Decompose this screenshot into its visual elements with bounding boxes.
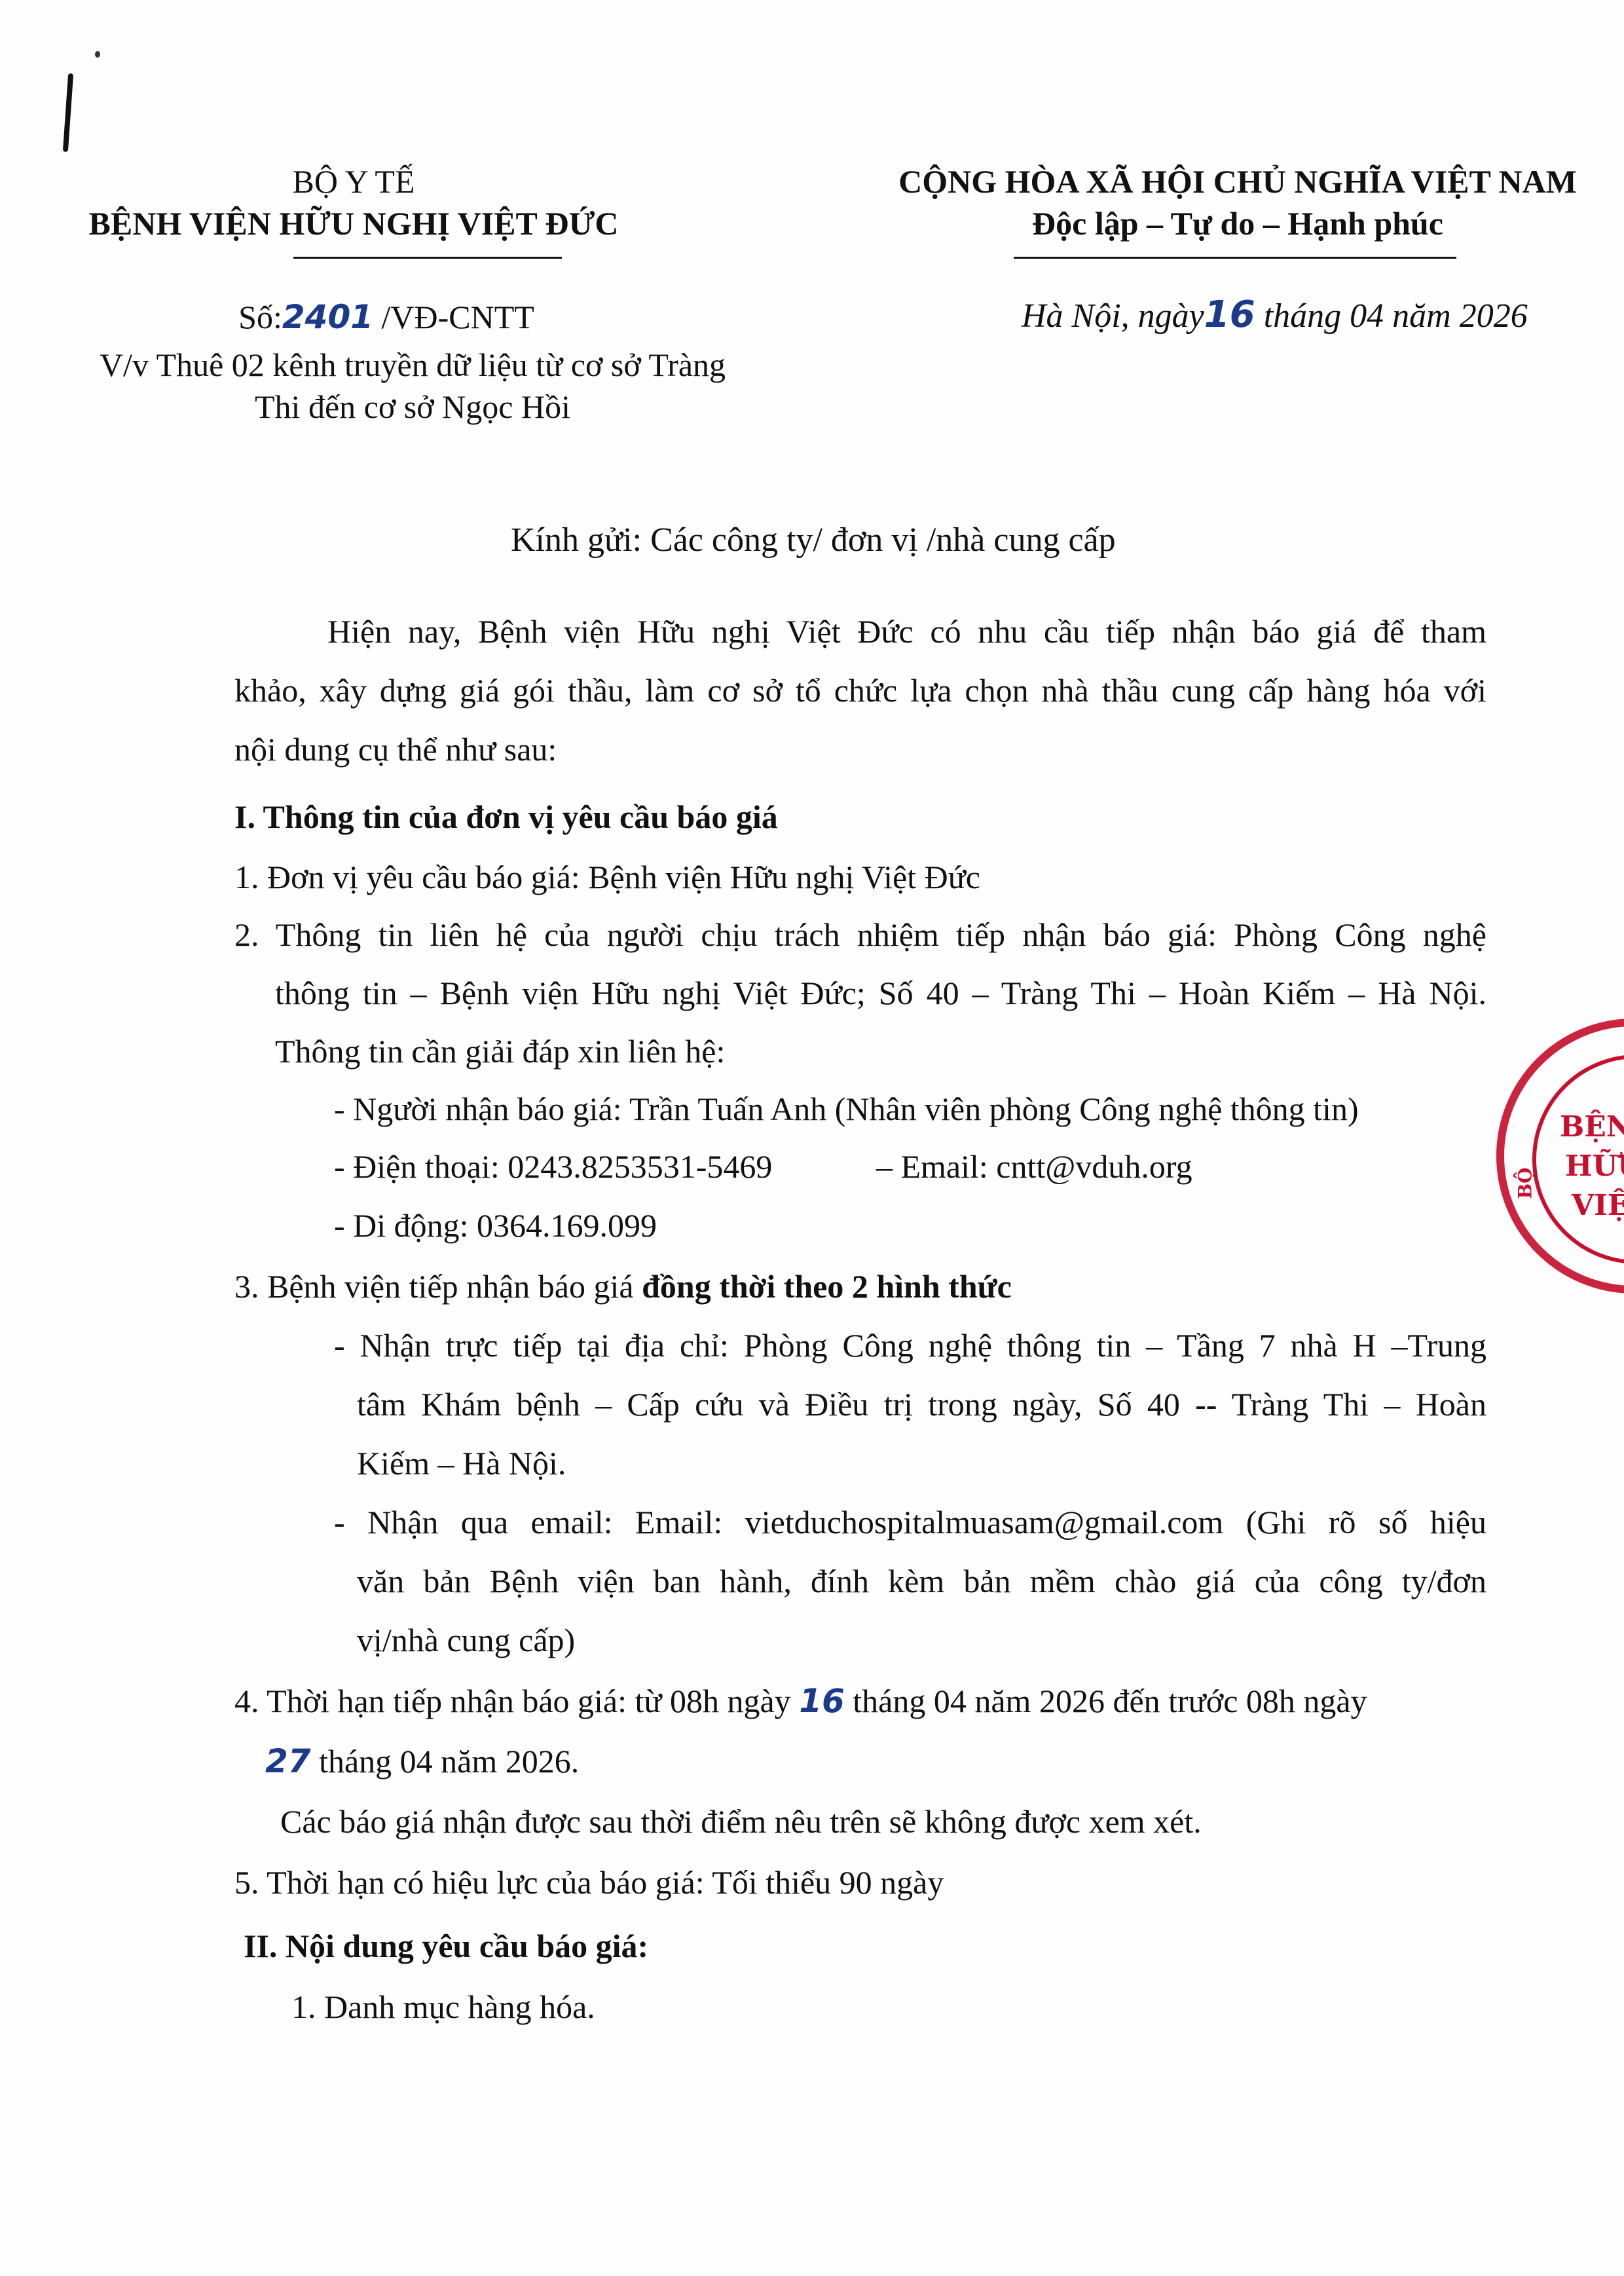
receive-direct-line-1: - Nhận trực tiếp tại địa chỉ: Phòng Công…	[334, 1326, 1486, 1364]
place-date-suffix: tháng 04 năm 2026	[1255, 297, 1528, 335]
recipient-line: Kính gửi: Các công ty/ đơn vị /nhà cung …	[511, 521, 1116, 559]
nation-title: CỘNG HÒA XÃ HỘI CHỦ NGHĨA VIỆT NAM	[851, 162, 1624, 200]
section-1-item-5: 5. Thời hạn có hiệu lực của báo giá: Tối…	[234, 1863, 944, 1901]
org-underline	[293, 257, 562, 259]
section-1-item-2-line-2: thông tin – Bệnh viện Hữu nghị Việt Đức;…	[275, 974, 1486, 1012]
section-1-item-3: 3. Bệnh viện tiếp nhận báo giá đồng thời…	[234, 1267, 1012, 1305]
handwritten-end-day: 27	[265, 1742, 311, 1780]
place-date: Hà Nội, ngày16 tháng 04 năm 2026	[1022, 293, 1528, 336]
section-1-item-1: 1. Đơn vị yêu cầu báo giá: Bệnh viện Hữu…	[234, 858, 980, 896]
intro-line-1: Hiện nay, Bệnh viện Hữu nghị Việt Đức có…	[327, 612, 1486, 650]
intro-line-2: khảo, xây dựng giá gói thầu, làm cơ sở t…	[234, 671, 1486, 709]
margin-pen-mark	[63, 73, 73, 152]
org-name: BỆNH VIỆN HỮU NGHỊ VIỆT ĐỨC	[0, 204, 707, 242]
item-4-line-1-b: tháng 04 năm 2026 đến trước 08h ngày	[845, 1683, 1367, 1719]
receive-email-line-1: - Nhận qua email: Email: vietduchospital…	[334, 1503, 1486, 1541]
motto-underline	[1014, 257, 1456, 259]
org-parent: BỘ Y TẾ	[0, 162, 707, 200]
place-date-prefix: Hà Nội, ngày	[1022, 297, 1204, 335]
contact-email: – Email: cntt@vduh.org	[876, 1147, 1192, 1185]
document-number: Số:2401 /VĐ-CNTT	[0, 298, 773, 336]
margin-ink-dot	[95, 51, 100, 58]
section-2-heading: II. Nội dung yêu cầu báo giá:	[244, 1927, 648, 1965]
item-4-line-2-b: tháng 04 năm 2026.	[311, 1743, 580, 1780]
item-4-line-1-a: 4. Thời hạn tiếp nhận báo giá: từ 08h ng…	[234, 1683, 799, 1719]
contact-person: - Người nhận báo giá: Trần Tuấn Anh (Nhâ…	[334, 1090, 1359, 1128]
stamp-text-line-2: HỮU	[1565, 1149, 1624, 1183]
receive-direct-line-3: Kiếm – Hà Nội.	[357, 1444, 566, 1482]
stamp-side-text: BỘ	[1515, 1167, 1536, 1199]
subject-line-2: Thi đến cơ sở Ngọc Hồi	[0, 388, 825, 426]
receive-email-line-2: văn bản Bệnh viện ban hành, đính kèm bản…	[357, 1562, 1486, 1600]
receive-direct-line-2: tâm Khám bệnh – Cấp cứu và Điều trị tron…	[357, 1385, 1486, 1423]
item-3-lead-bold: đồng thời theo 2 hình thức	[642, 1268, 1012, 1305]
handwritten-document-number: 2401	[282, 298, 373, 336]
document-page: BỘ Y TẾ BỆNH VIỆN HỮU NGHỊ VIỆT ĐỨC CỘNG…	[0, 0, 1624, 2276]
document-number-prefix: Số:	[238, 299, 282, 335]
stamp-text-line-1: BỆNH	[1560, 1110, 1624, 1144]
stamp-text-line-3: VIỆ	[1572, 1189, 1624, 1222]
item-3-lead: 3. Bệnh viện tiếp nhận báo giá	[234, 1268, 642, 1305]
subject-line-1: V/v Thuê 02 kênh truyền dữ liệu từ cơ sở…	[0, 346, 825, 384]
section-1-item-2-line-3: Thông tin cần giải đáp xin liên hệ:	[275, 1032, 725, 1070]
nation-motto: Độc lập – Tự do – Hạnh phúc	[851, 204, 1624, 242]
handwritten-start-day: 16	[799, 1682, 845, 1720]
section-1-item-2-line-1: 2. Thông tin liên hệ của người chịu trác…	[234, 916, 1486, 954]
handwritten-day: 16	[1204, 293, 1255, 336]
section-1-item-4-line-1: 4. Thời hạn tiếp nhận báo giá: từ 08h ng…	[234, 1682, 1367, 1720]
contact-mobile: - Di động: 0364.169.099	[334, 1206, 657, 1244]
intro-line-3: nội dung cụ thể như sau:	[234, 730, 557, 768]
late-quote-note: Các báo giá nhận được sau thời điểm nêu …	[280, 1802, 1202, 1840]
section-2-item-1: 1. Danh mục hàng hóa.	[291, 1988, 595, 2026]
contact-phone: - Điện thoại: 0243.8253531-5469	[334, 1147, 772, 1185]
receive-email-line-3: vị/nhà cung cấp)	[357, 1621, 575, 1659]
section-1-item-4-line-2: 27 tháng 04 năm 2026.	[265, 1742, 579, 1780]
document-number-suffix: /VĐ-CNTT	[373, 299, 534, 335]
section-1-heading: I. Thông tin của đơn vị yêu cầu báo giá	[234, 798, 778, 836]
